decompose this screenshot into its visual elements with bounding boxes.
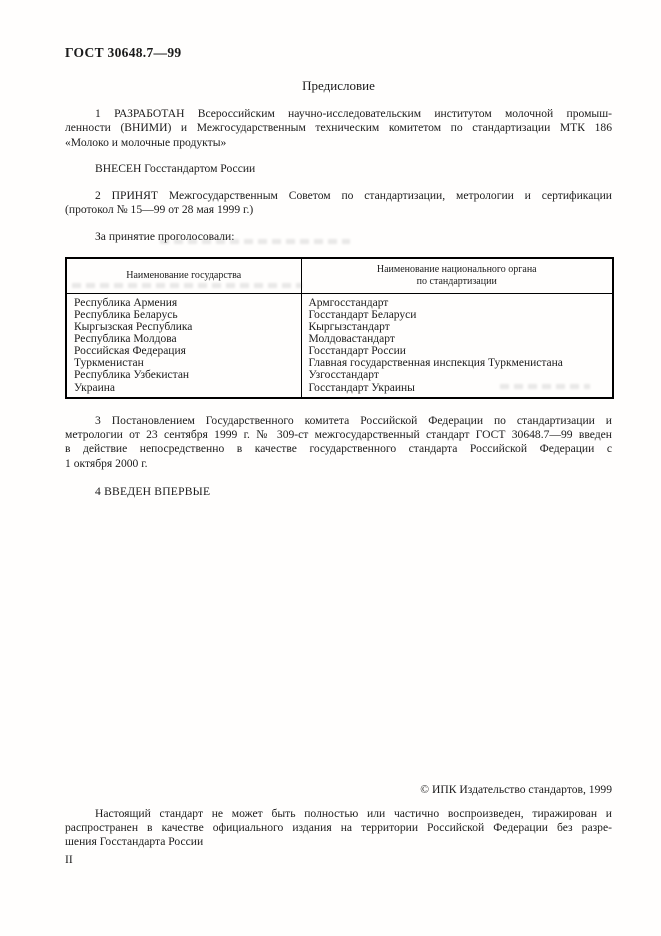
text-line: Наименование национального органа xyxy=(306,264,609,276)
reproduction-notice: Настоящий стандарт не может быть полност… xyxy=(65,807,612,850)
voting-table: Наименование государства Наименование на… xyxy=(65,257,614,399)
text-line: распространен в качестве официального из… xyxy=(65,821,612,835)
table-cell: Главная государственная инспекция Туркме… xyxy=(301,357,613,369)
table-row: Кыргызская РеспубликаКыргызстандарт xyxy=(66,321,613,333)
table-cell: Республика Молдова xyxy=(66,333,301,345)
submitted-note: ВНЕСЕН Госстандартом России xyxy=(65,162,612,176)
text-line: ленности (ВНИМИ) и Межгосударственным те… xyxy=(65,121,612,135)
document-code: ГОСТ 30648.7—99 xyxy=(65,45,612,61)
text-line: в действие непосредственно в качестве го… xyxy=(65,442,612,456)
text-line: шения Госстандарта России xyxy=(65,835,612,849)
table-cell: Госстандарт Украины xyxy=(301,382,613,398)
text-line: Настоящий стандарт не может быть полност… xyxy=(65,807,612,821)
table-cell: Госстандарт России xyxy=(301,345,613,357)
table-cell: Туркменистан xyxy=(66,357,301,369)
table-cell: Республика Беларусь xyxy=(66,309,301,321)
page-title: Предисловие xyxy=(65,78,612,94)
table-row: УкраинаГосстандарт Украины xyxy=(66,382,613,398)
text-line: по стандартизации xyxy=(306,276,609,288)
copyright-line: © ИПК Издательство стандартов, 1999 xyxy=(65,783,612,796)
table-cell: Российская Федерация xyxy=(66,345,301,357)
text-line: (протокол № 15—99 от 28 мая 1999 г.) xyxy=(65,203,612,217)
table-cell: Молдовастандарт xyxy=(301,333,613,345)
table-cell: Армгосстандарт xyxy=(301,293,613,309)
text-line: «Молоко и молочные продукты» xyxy=(65,136,612,150)
text-line: 1 РАЗРАБОТАН Всероссийским научно-исслед… xyxy=(65,107,612,121)
table-row: ТуркменистанГлавная государственная инсп… xyxy=(66,357,613,369)
table-row: Республика АрменияАрмгосстандарт xyxy=(66,293,613,309)
text-line: 1 октября 2000 г. xyxy=(65,457,612,471)
voting-table-header: Наименование государства Наименование на… xyxy=(66,258,613,294)
vote-intro: За принятие проголосовали: xyxy=(65,230,612,244)
table-cell: Кыргызская Республика xyxy=(66,321,301,333)
clause-4-introduced: 4 ВВЕДЕН ВПЕРВЫЕ xyxy=(65,485,612,499)
table-cell: Украина xyxy=(66,382,301,398)
clause-1-developed: 1 РАЗРАБОТАН Всероссийским научно-исслед… xyxy=(65,107,612,150)
header-row: Наименование государства Наименование на… xyxy=(66,258,613,294)
text-line: 2 ПРИНЯТ Межгосударственным Советом по с… xyxy=(65,189,612,203)
header-body-column: Наименование национального органапо стан… xyxy=(301,258,613,294)
table-cell: Узгосстандарт xyxy=(301,369,613,381)
table-cell: Кыргызстандарт xyxy=(301,321,613,333)
table-row: Республика УзбекистанУзгосстандарт xyxy=(66,369,613,381)
table-row: Российская ФедерацияГосстандарт России xyxy=(66,345,613,357)
page-number: II xyxy=(65,853,612,866)
clause-3-decree: 3 Постановлением Государственного комите… xyxy=(65,414,612,472)
text-line: 3 Постановлением Государственного комите… xyxy=(65,414,612,428)
text-line: метрологии от 23 сентября 1999 г. № 309-… xyxy=(65,428,612,442)
table-cell: Республика Узбекистан xyxy=(66,369,301,381)
voting-table-body: Республика АрменияАрмгосстандартРеспубли… xyxy=(66,293,613,397)
table-row: Республика МолдоваМолдовастандарт xyxy=(66,333,613,345)
clause-2-adopted: 2 ПРИНЯТ Межгосударственным Советом по с… xyxy=(65,189,612,218)
table-row: Республика БеларусьГосстандарт Беларуси xyxy=(66,309,613,321)
document-page: ГОСТ 30648.7—99 Предисловие 1 РАЗРАБОТАН… xyxy=(0,0,661,936)
header-state-column: Наименование государства xyxy=(66,258,301,294)
table-cell: Госстандарт Беларуси xyxy=(301,309,613,321)
table-cell: Республика Армения xyxy=(66,293,301,309)
